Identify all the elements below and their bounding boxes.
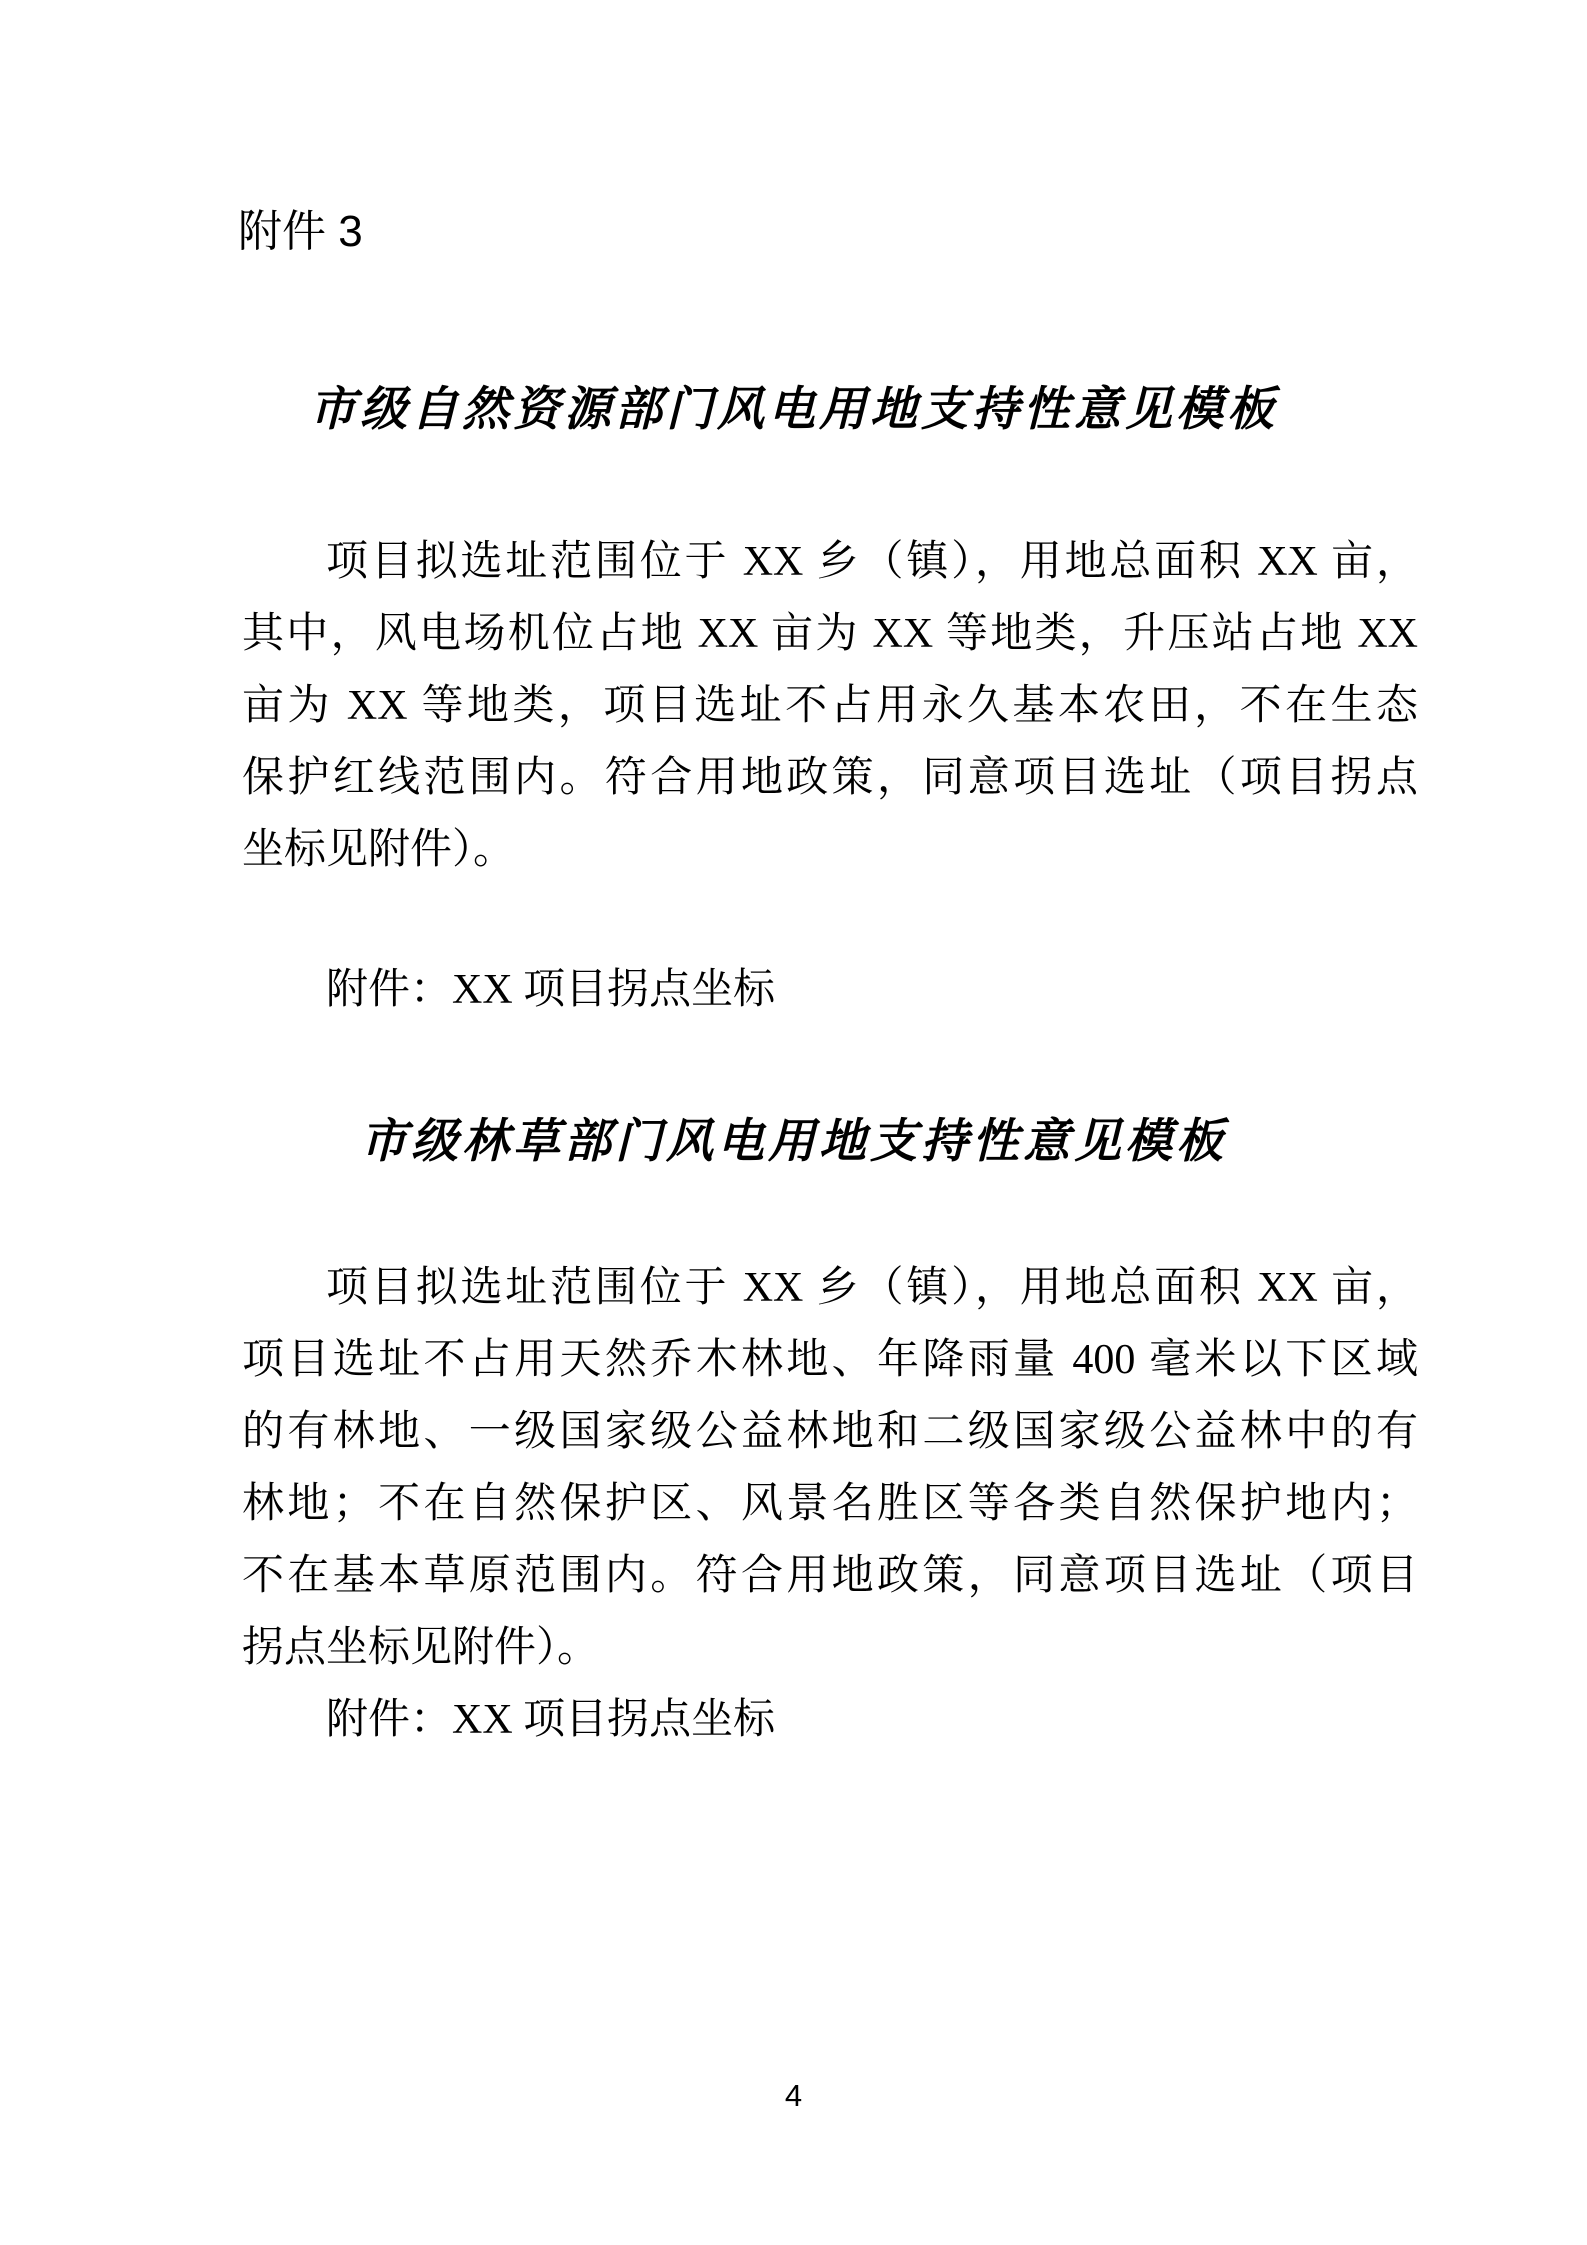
section-title-forestry-grassland: 市级林草部门风电用地支持性意见模板 [0, 1104, 1587, 1180]
paragraph-line: 保护红线范围内。符合用地政策，同意项目选址（项目拐点 [242, 742, 1418, 814]
section-paragraph-forestry-grassland: 项目拟选址范围位于 XX 乡（镇），用地总面积 XX 亩， 项目选址不占用天然乔… [242, 1252, 1418, 1684]
paragraph-line: 不在基本草原范围内。符合用地政策，同意项目选址（项目 [242, 1540, 1418, 1612]
paragraph-line: 拐点坐标见附件）。 [242, 1612, 1418, 1684]
attachment-note-forestry-grassland: 附件：XX 项目拐点坐标 [242, 1684, 1418, 1756]
attachment-note-natural-resources: 附件：XX 项目拐点坐标 [242, 954, 1418, 1026]
paragraph-line: 林地；不在自然保护区、风景名胜区等各类自然保护地内； [242, 1468, 1418, 1540]
paragraph-line: 的有林地、一级国家级公益林地和二级国家级公益林中的有 [242, 1396, 1418, 1468]
paragraph-line: 项目选址不占用天然乔木林地、年降雨量 400 毫米以下区域 [242, 1324, 1418, 1396]
paragraph-line: 项目拟选址范围位于 XX 乡（镇），用地总面积 XX 亩， [242, 1252, 1418, 1324]
document-page: 附件 3 市级自然资源部门风电用地支持性意见模板 项目拟选址范围位于 XX 乡（… [0, 0, 1587, 2245]
paragraph-line: 其中，风电场机位占地 XX 亩为 XX 等地类，升压站占地 XX [242, 598, 1418, 670]
section-paragraph-natural-resources: 项目拟选址范围位于 XX 乡（镇），用地总面积 XX 亩， 其中，风电场机位占地… [242, 526, 1418, 886]
paragraph-line: 项目拟选址范围位于 XX 乡（镇），用地总面积 XX 亩， [242, 526, 1418, 598]
paragraph-line: 坐标见附件）。 [242, 814, 1418, 886]
attachment-number-label: 附件 3 [238, 208, 1587, 256]
paragraph-line: 亩为 XX 等地类，项目选址不占用永久基本农田，不在生态 [242, 670, 1418, 742]
page-number: 4 [0, 2078, 1587, 2114]
section-title-natural-resources: 市级自然资源部门风电用地支持性意见模板 [0, 372, 1587, 448]
